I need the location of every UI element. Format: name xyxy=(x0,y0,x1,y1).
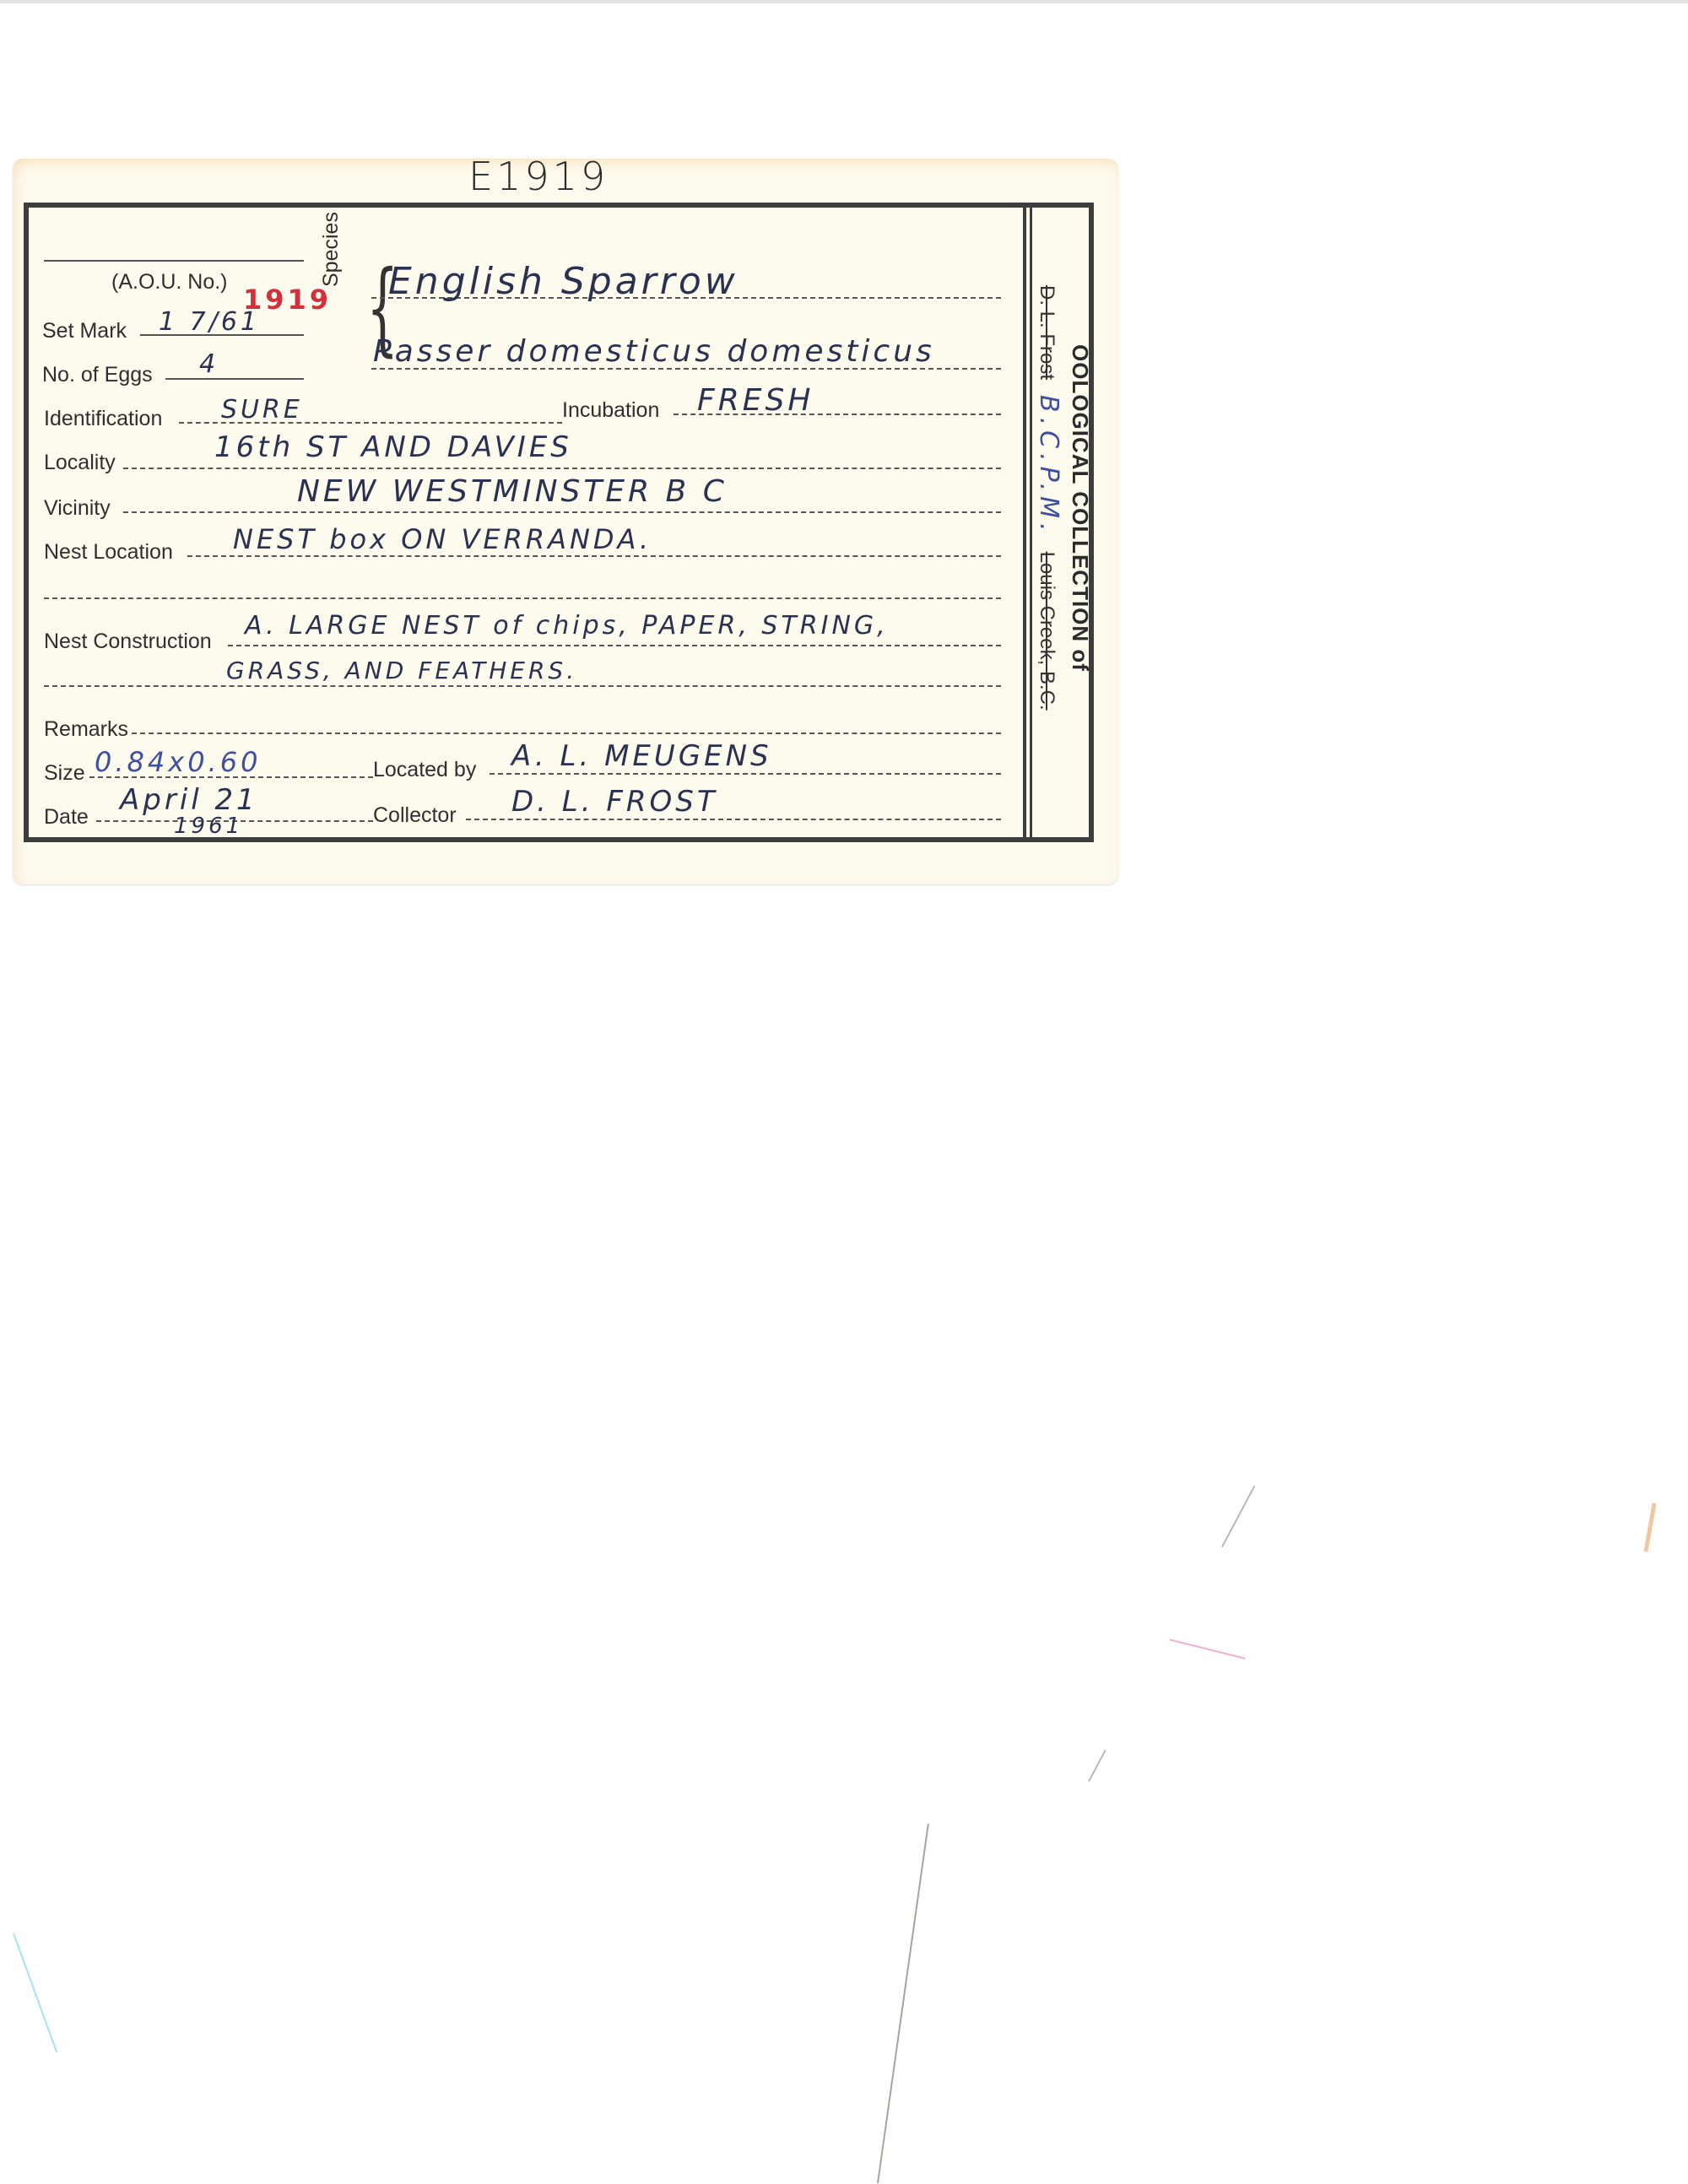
located-by-value: A. L. MEUGENS xyxy=(511,739,772,773)
eggs-line xyxy=(165,378,304,380)
date-label: Date xyxy=(44,805,89,830)
aou-line xyxy=(44,260,304,262)
species-label: Species xyxy=(319,212,344,287)
nest-location-value: NEST box ON VERRANDA. xyxy=(233,523,652,555)
nest-construction-line-2 xyxy=(44,685,1001,687)
nest-location-label: Nest Location xyxy=(44,540,173,565)
locality-line xyxy=(123,468,1001,469)
locality-label: Locality xyxy=(44,451,116,475)
collection-owner-line: D. L. FrostB.C.P.M.Louis Creek, B.C. xyxy=(1034,285,1063,711)
date-value-line-2: 1961 xyxy=(174,814,243,839)
scan-scratch xyxy=(13,1933,57,2053)
scan-top-edge xyxy=(0,0,1688,3)
vicinity-value: NEW WESTMINSTER B C xyxy=(297,474,728,509)
catalog-number: E1919 xyxy=(468,154,609,199)
owner-struck: D. L. Frost xyxy=(1036,285,1058,380)
located-by-line xyxy=(490,773,1001,775)
species-common-value: English Sparrow xyxy=(388,260,738,303)
blank-line xyxy=(44,597,1001,599)
locality-value: 16th ST AND DAVIES xyxy=(214,430,572,464)
nest-location-line xyxy=(187,555,1001,557)
scan-scratch xyxy=(1170,1639,1246,1659)
remarks-line xyxy=(132,733,1001,734)
species-scientific-value: Passer domesticus domesticus xyxy=(373,334,935,369)
remarks-label: Remarks xyxy=(44,717,128,742)
scan-scratch xyxy=(877,1824,929,2183)
vicinity-label: Vicinity xyxy=(44,496,111,521)
incubation-value: FRESH xyxy=(697,383,814,418)
collector-line xyxy=(466,819,1001,820)
date-value-line-1: April 21 xyxy=(120,783,258,817)
set-mark-label: Set Mark xyxy=(42,319,127,343)
collection-side-panel: OOLOGICAL COLLECTION of D. L. FrostB.C.P… xyxy=(1034,285,1093,711)
nest-construction-value-1: A. LARGE NEST of chips, PAPER, STRING, xyxy=(245,611,889,641)
scan-scratch xyxy=(1644,1503,1657,1552)
size-label: Size xyxy=(44,761,85,786)
collector-label: Collector xyxy=(373,803,457,828)
aou-label: (A.O.U. No.) xyxy=(111,270,228,295)
side-panel-divider-inner xyxy=(1030,203,1032,842)
set-mark-value: 1 7/61 xyxy=(159,307,260,337)
collector-value: D. L. FROST xyxy=(511,785,718,819)
bcpm-annotation: B.C.P.M. xyxy=(1034,395,1063,537)
place-struck: Louis Creek, B.C. xyxy=(1036,552,1058,711)
incubation-label: Incubation xyxy=(562,398,659,423)
eggs-value: 4 xyxy=(199,349,219,379)
scan-scratch xyxy=(1088,1749,1106,1781)
collection-title: OOLOGICAL COLLECTION of xyxy=(1067,285,1093,711)
size-value: 0.84x0.60 xyxy=(95,746,261,778)
located-by-label: Located by xyxy=(373,758,476,782)
nest-construction-label: Nest Construction xyxy=(44,630,212,654)
vicinity-line xyxy=(123,511,1001,513)
side-panel-divider xyxy=(1023,203,1026,842)
identification-label: Identification xyxy=(44,407,162,431)
eggs-label: No. of Eggs xyxy=(42,363,153,387)
nest-construction-line-1 xyxy=(228,645,1001,646)
nest-construction-value-2: GRASS, AND FEATHERS. xyxy=(226,657,577,684)
identification-value: SURE xyxy=(221,395,303,424)
scan-scratch xyxy=(1221,1485,1255,1547)
